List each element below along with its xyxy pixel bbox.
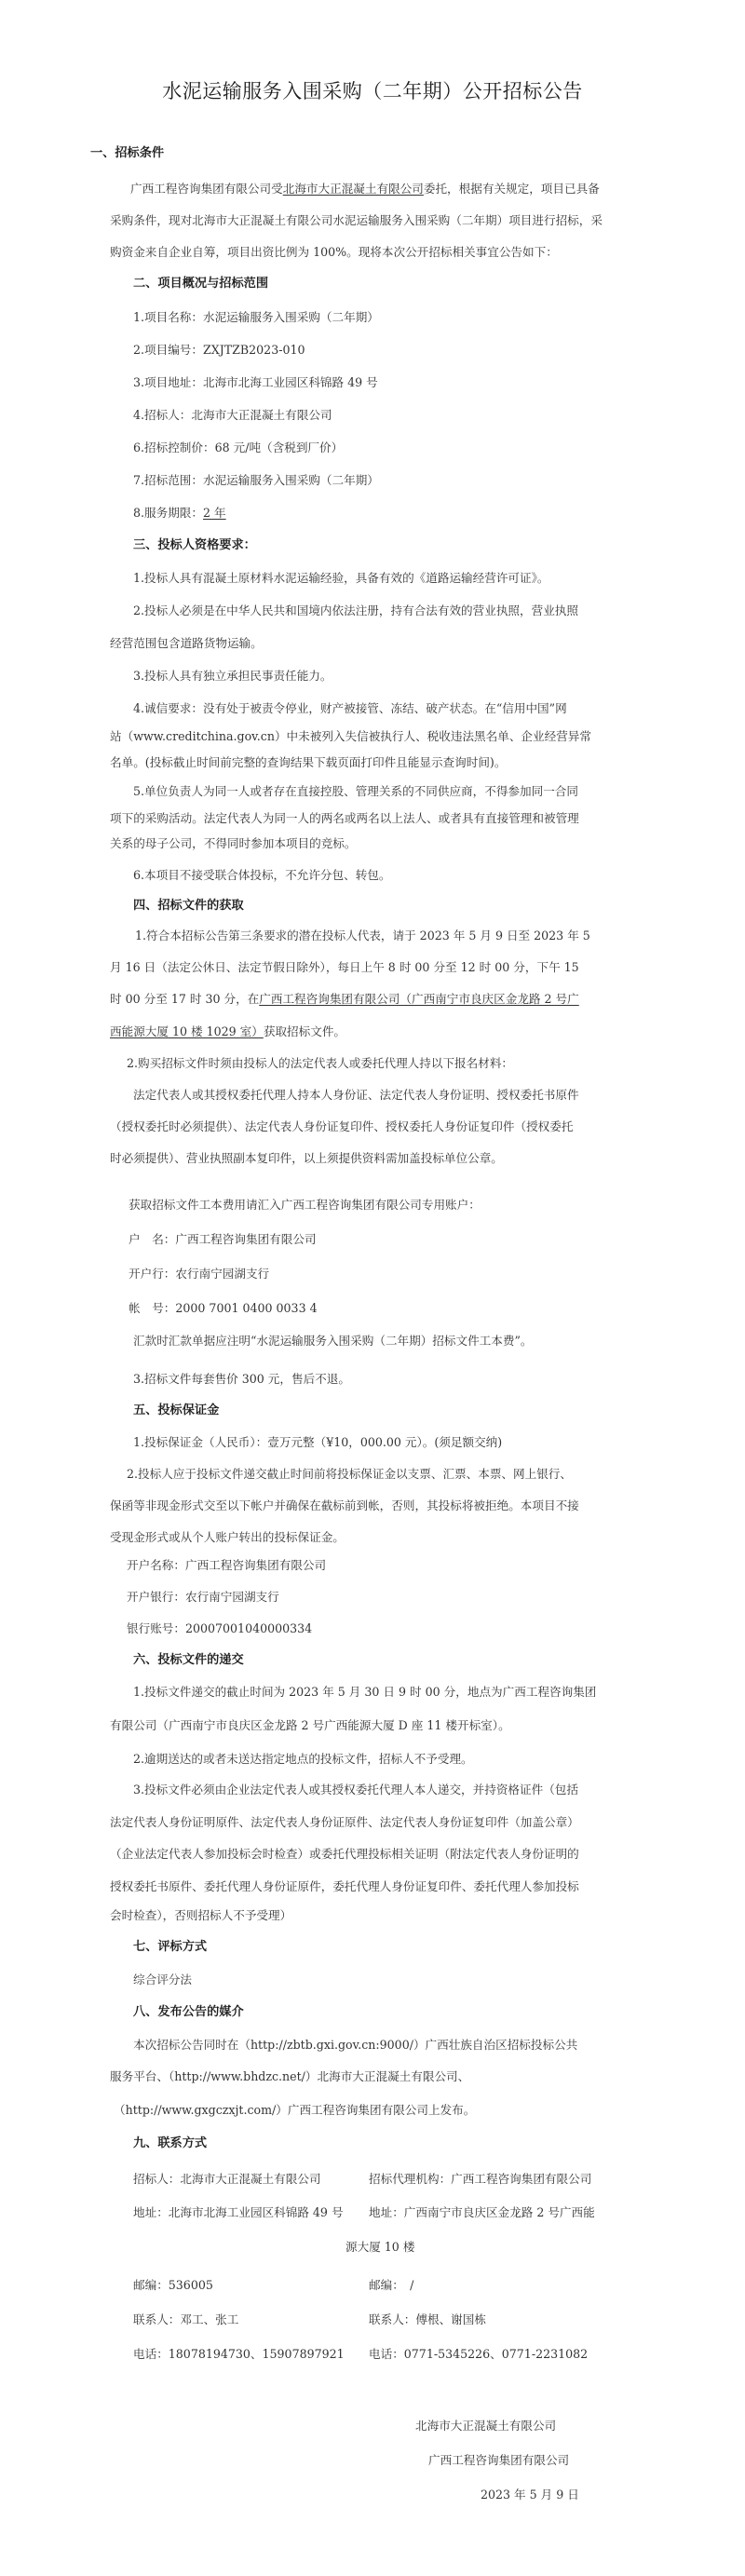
bond-account-name: 开户名称：广西工程咨询集团有限公司 [127,1558,326,1573]
qualification-4-line-2: 站（www.creditchina.gov.cn）中未被列入失信被执行人、税收违… [110,729,591,744]
evaluation-method: 综合评分法 [133,1973,192,1987]
section-9-heading: 九、联系方式 [133,2136,207,2151]
section-2-heading: 二、项目概况与招标范围 [133,277,268,291]
fee-account-number: 帐 号：2000 7001 0400 0033 4 [129,1301,318,1316]
control-price: 6.招标控制价：68 元/吨（含税到厂价） [133,441,343,455]
submission-1-line-2: 有限公司（广西南宁市良庆区金龙路 2 号广西能源大厦 D 座 11 楼开标室）。 [110,1718,510,1733]
section-5-heading: 五、投标保证金 [133,1403,219,1418]
contact-agency-address: 地址：广西南宁市良庆区金龙路 2 号广西能 [369,2205,595,2220]
bond-account-number: 银行账号：20007001040000334 [127,1621,312,1636]
project-address: 3.项目地址：北海市北海工业园区科锦路 49 号 [133,375,378,390]
section-1-paragraph-line-3: 购资金来自企业自筹，项目出资比例为 100%。现将本次公开招标相关事宜公告如下： [110,245,558,260]
signature-tenderer: 北海市大正混凝土有限公司 [415,2419,556,2434]
fee-account-name: 户 名：广西工程咨询集团有限公司 [129,1232,317,1247]
document-price: 3.招标文件每套售价 300 元，售后不退。 [133,1372,350,1387]
tenderer-name-underlined: 北海市大正混凝土有限公司 [283,182,424,196]
submission-3-line-5: 会时检查），否则招标人不予受理） [110,1908,291,1923]
section-7-heading: 七、评标方式 [133,1940,207,1955]
text: 获取招标文件。 [264,1024,345,1038]
submission-1-line-1: 1.投标文件递交的截止时间为 2023 年 5 月 30 日 9 时 00 分，… [133,1685,596,1700]
contact-agency-postcode: 邮编： / [369,2278,413,2293]
qualification-4-line-1: 4.诚信要求：没有处于被责令停业，财产被接管、冻结、破产状态。在“信用中国”网 [133,701,567,716]
section-6-heading: 六、投标文件的递交 [133,1653,244,1668]
qualification-6: 6.本项目不接受联合体投标，不允许分包、转包。 [133,868,391,883]
acquisition-1-line-2: 月 16 日（法定公休日、法定节假日除外），每日上午 8 时 00 分至 12 … [110,960,579,975]
service-period-value: 2 年 [203,506,226,520]
acquisition-location-underlined: 广西工程咨询集团有限公司（广西南宁市良庆区金龙路 2 号广 [259,992,578,1006]
remittance-note: 汇款时汇款单据应注明“水泥运输服务入围采购（二年期）招标文件工本费”。 [133,1334,532,1349]
qualification-2-line-1: 2.投标人必须是在中华人民共和国境内依法注册，持有合法有效的营业执照，营业执照 [133,603,578,618]
materials-line-1: 法定代表人或其授权委托代理人持本人身份证、法定代表人身份证明、授权委托书原件 [133,1088,579,1103]
text: 广西工程咨询集团有限公司受 [130,182,283,196]
qualification-5-line-2: 项下的采购活动。法定代表人为同一人的两名或两名以上法人、或者具有直接管理和被管理 [110,811,579,826]
submission-3-line-2: 法定代表人身份证明原件、法定代表人身份证原件、法定代表人身份证复印件（加盖公章） [110,1815,579,1830]
section-1-paragraph-line-2: 采购条件，现对北海市大正混凝土有限公司水泥运输服务入围采购（二年期）项目进行招标… [110,213,603,228]
qualification-3: 3.投标人具有独立承担民事责任能力。 [133,669,332,684]
bid-bond-line-3: 受现金形式或从个人账户转出的投标保证金。 [110,1530,345,1545]
section-8-heading: 八、发布公告的媒介 [133,2005,244,2020]
signature-agency: 广西工程咨询集团有限公司 [428,2453,569,2468]
materials-line-3: 时必须提供）、营业执照副本复印件，以上须提供资料需加盖投标单位公章。 [110,1151,503,1166]
fee-account-bank: 开户行：农行南宁园湖支行 [129,1267,269,1281]
text: 委托，根据有关规定，项目已具备 [424,182,600,196]
service-period-label: 8.服务期限： [133,506,203,520]
media-line-2: 服务平台、（http://www.bhdzc.net/）北海市大正混凝土有限公司… [110,2069,469,2084]
contact-agency-address-cont: 源大厦 10 楼 [345,2240,414,2255]
contact-tenderer-person: 联系人：邓工、张工 [133,2312,238,2327]
contact-tenderer-org: 招标人：北海市大正混凝土有限公司 [133,2172,321,2187]
contact-agency-org: 招标代理机构：广西工程咨询集团有限公司 [369,2172,591,2187]
project-name: 1.项目名称：水泥运输服务入围采购（二年期） [133,310,379,325]
media-line-3: （http://www.gxgczxjt.com/）广西工程咨询集团有限公司上发… [114,2103,475,2118]
bid-bond-amount: 1.投标保证金（人民币）：壹万元整（¥10，000.00 元）。(须足额交纳) [133,1435,502,1450]
qualification-5-line-1: 5.单位负责人为同一人或者存在直接控股、管理关系的不同供应商，不得参加同一合同 [133,784,578,799]
materials-line-2: （授权委托时必须提供）、法定代表人身份证复印件、授权委托人身份证复印件（授权委托 [110,1119,573,1134]
submission-3-line-3: （企业法定代表人参加投标会时检查）或委托代理投标相关证明（附法定代表人身份证明的 [110,1847,579,1862]
section-4-heading: 四、招标文件的获取 [133,899,244,914]
qualification-2-line-2: 经营范围包含道路货物运输。 [110,636,263,651]
contact-tenderer-phone: 电话：18078194730、15907897921 [133,2347,345,2362]
bid-bond-line-2: 保函等非现金形式交至以下帐户并确保在截标前到帐，否则，其投标将被拒绝。本项目不接 [110,1498,579,1513]
media-line-1: 本次招标公告同时在（http://zbtb.gxi.gov.cn:9000/）广… [133,2038,577,2053]
qualification-5-line-3: 关系的母子公司，不得同时参加本项目的竞标。 [110,836,356,851]
contact-tenderer-postcode: 邮编：536005 [133,2278,213,2293]
service-period: 8.服务期限：2 年 [133,506,226,521]
acquisition-1-line-4: 西能源大厦 10 楼 1029 室）获取招标文件。 [110,1024,345,1039]
text: 时 00 分至 17 时 30 分，在 [110,992,259,1006]
fee-account-intro: 获取招标文件工本费用请汇入广西工程咨询集团有限公司专用账户： [129,1198,481,1213]
section-3-heading: 三、投标人资格要求： [133,538,256,553]
bond-account-bank: 开户银行：农行南宁园湖支行 [127,1590,279,1605]
contact-agency-person: 联系人：傅根、谢国栋 [369,2312,486,2327]
acquisition-1-line-3: 时 00 分至 17 时 30 分，在广西工程咨询集团有限公司（广西南宁市良庆区… [110,992,579,1007]
section-1-heading: 一、招标条件 [90,146,164,161]
project-number: 2.项目编号：ZXJTZB2023-010 [133,343,305,358]
contact-agency-phone: 电话：0771-5345226、0771-2231082 [369,2347,588,2362]
signature-date: 2023 年 5 月 9 日 [481,2488,579,2502]
qualification-1: 1.投标人具有混凝土原材料水泥运输经验，具备有效的《道路运输经营许可证》。 [133,571,549,586]
page-title: 水泥运输服务入围采购（二年期）公开招标公告 [0,76,745,104]
section-1-paragraph-line-1: 广西工程咨询集团有限公司受北海市大正混凝土有限公司委托，根据有关规定，项目已具备 [130,182,600,197]
acquisition-2: 2.购买招标文件时须由投标人的法定代表人或委托代理人持以下报名材料： [127,1056,513,1071]
acquisition-1-line-1: 1.符合本招标公告第三条要求的潜在投标人代表，请于 2023 年 5 月 9 日… [135,929,590,943]
qualification-4-line-3: 名单。(投标截止时间前完整的查询结果下载页面打印件且能显示查询时间)。 [110,755,506,770]
acquisition-location-underlined-cont: 西能源大厦 10 楼 1029 室） [110,1024,264,1038]
submission-2: 2.逾期送达的或者未送达指定地点的投标文件，招标人不予受理。 [133,1752,473,1767]
bid-bond-line-1: 2.投标人应于投标文件递交截止时间前将投标保证金以支票、汇票、本票、网上银行、 [127,1467,572,1482]
submission-3-line-1: 3.投标文件必须由企业法定代表人或其授权委托代理人本人递交，并持资格证件（包括 [133,1783,578,1797]
tender-scope: 7.招标范围：水泥运输服务入围采购（二年期） [133,473,379,488]
tenderer: 4.招标人：北海市大正混凝土有限公司 [133,408,332,423]
contact-tenderer-address: 地址：北海市北海工业园区科锦路 49 号 [133,2205,344,2220]
submission-3-line-4: 授权委托书原件、委托代理人身份证原件，委托代理人身份证复印件、委托代理人参加投标 [110,1879,579,1894]
announcement-page: 水泥运输服务入围采购（二年期）公开招标公告 一、招标条件 广西工程咨询集团有限公… [0,0,745,2576]
